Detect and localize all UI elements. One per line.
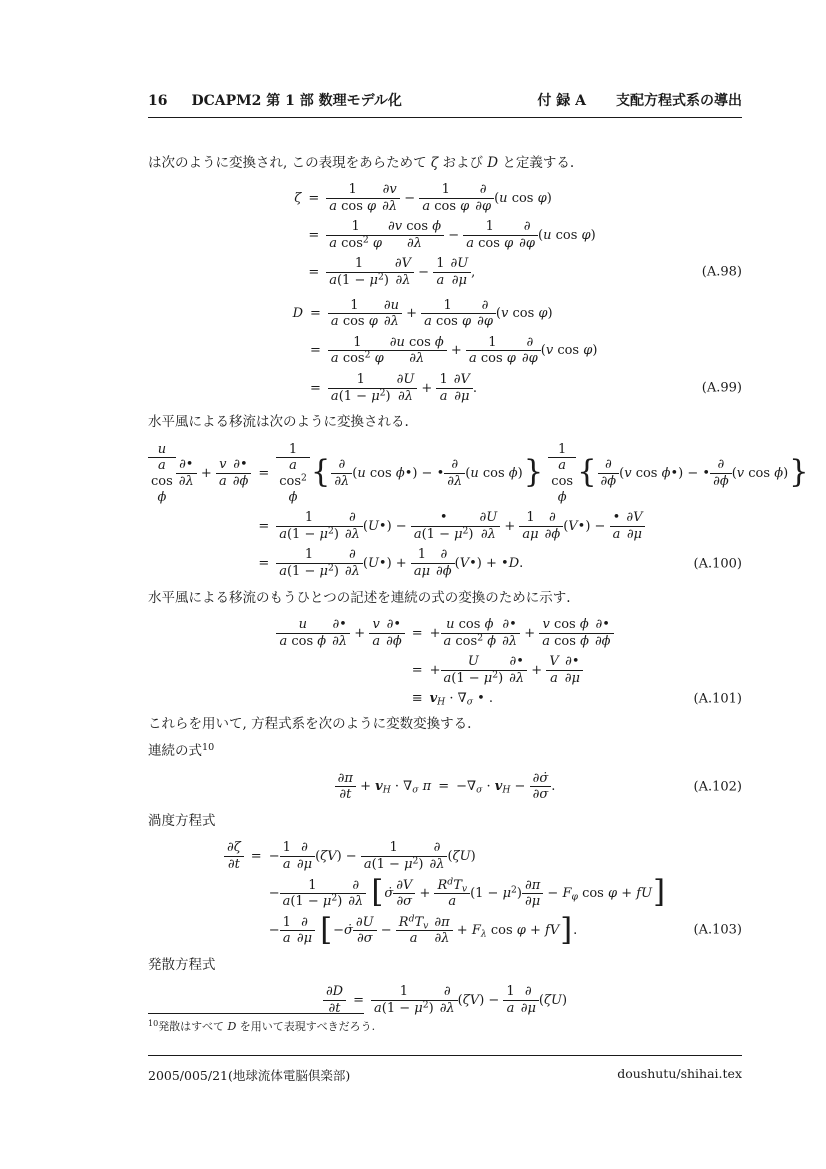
fraction: ua cos ϕ xyxy=(148,442,176,505)
big-delimiter: { xyxy=(310,458,331,489)
fraction: ∂∂φ xyxy=(519,335,541,367)
fraction: v cos ϕa cos ϕ xyxy=(539,617,592,649)
fraction: 1a cos2 ϕ xyxy=(276,442,310,505)
equation-relation: = xyxy=(405,663,430,678)
fraction: 1a cos φ xyxy=(466,335,519,367)
fraction: ∂∂λ xyxy=(331,457,352,489)
fraction: 1a cos2 φ xyxy=(328,335,387,367)
big-delimiter: } xyxy=(523,458,544,489)
fraction: ∂∂λ xyxy=(342,547,363,579)
fraction: Va xyxy=(546,654,561,686)
fraction: ∂u∂λ xyxy=(381,298,402,330)
fraction: ∂D∂t xyxy=(323,984,346,1016)
math-row: 1a cos φ∂u∂λ + 1a cos φ∂∂φ(v cos φ) xyxy=(328,298,553,330)
math-row: −1a∂∂μ(ζV) − 1a(1 − μ2)∂∂λ(ζU) xyxy=(269,840,476,872)
fraction: ∂u cos ϕ∂λ xyxy=(387,335,447,367)
equation-relation: = xyxy=(301,191,326,206)
math-row: 1a cos φ∂v∂λ − 1a cos φ∂∂φ(u cos φ) xyxy=(326,182,552,214)
fraction: 1a(1 − μ2) xyxy=(280,878,346,910)
vorticity-label: 渦度方程式 xyxy=(148,812,742,832)
equation-A.101: ua cos ϕ∂•∂λ + va∂•∂ϕ=+u cos ϕa cos2 ϕ∂•… xyxy=(148,617,742,706)
equation-rhs: 1a(1 − μ2)∂U∂λ + 1a∂V∂μ. xyxy=(328,372,477,404)
fraction: ∂v cos ϕ∂λ xyxy=(385,219,444,251)
fraction: ∂∂μ xyxy=(294,840,315,872)
fraction: ∂∂λ xyxy=(437,984,458,1016)
equation-rhs: −1a(1 − μ2)∂∂λ [σ̇∂V∂σ + RdTva(1 − μ2)∂π… xyxy=(269,878,666,910)
fraction: 1a cos φ xyxy=(463,219,516,251)
math-row: 1a(1 − μ2)∂V∂λ − 1a∂U∂μ, xyxy=(326,256,475,288)
fraction: 1a cos φ xyxy=(421,298,474,330)
equation-rhs: −1a∂∂μ(ζV) − 1a(1 − μ2)∂∂λ(ζU) xyxy=(269,840,476,872)
equation-rhs: 1a(1 − μ2)∂∂λ(U•) + 1aμ∂∂ϕ(V•) + •D. xyxy=(276,547,523,579)
math-row: vH · ∇σ • . xyxy=(430,691,493,706)
fraction: ∂U∂μ xyxy=(447,256,471,288)
equation-relation: = xyxy=(244,849,269,864)
document-page: 16DCAPM2 第 1 部 数理モデル化 付 録 A支配方程式系の導出 は次の… xyxy=(0,0,826,1169)
fraction: ∂v∂λ xyxy=(379,182,400,214)
fraction: ∂•∂ϕ xyxy=(230,457,252,489)
divergence-label: 発散方程式 xyxy=(148,956,742,976)
equation-tag: (A.101) xyxy=(694,691,742,706)
equation-relation: ≡ xyxy=(405,691,430,706)
fraction: ∂V∂σ xyxy=(393,878,415,910)
equation-A.103: ∂ζ∂t=−1a∂∂μ(ζV) − 1a(1 − μ2)∂∂λ(ζU)−1a(1… xyxy=(148,840,742,947)
fraction: ∂U∂σ xyxy=(353,915,377,947)
fraction: ∂π∂t xyxy=(335,771,356,803)
fraction: 1a cos2 φ xyxy=(326,219,385,251)
math-row: ∂ζ∂t xyxy=(224,840,244,872)
equation-lhs: ζ xyxy=(294,191,301,206)
equation-relation: = xyxy=(301,265,326,280)
equation-divergence-equation-continued: ∂D∂t=1a(1 − μ2)∂∂λ(ζV) − 1a∂∂μ(ζU) xyxy=(148,984,742,1016)
equation-rhs: 1a(1 − μ2)∂V∂λ − 1a∂U∂μ, xyxy=(326,256,475,288)
fraction: RdTva xyxy=(396,915,432,947)
big-delimiter: { xyxy=(576,458,597,489)
fraction: •a(1 − μ2) xyxy=(411,510,477,542)
equation-lhs: D xyxy=(293,306,303,321)
equation-relation: = xyxy=(251,466,276,481)
fraction: ua cos ϕ xyxy=(276,617,329,649)
fraction: ∂•∂λ xyxy=(329,617,350,649)
fraction: ∂∂λ xyxy=(345,878,366,910)
footnote-text: 発散はすべて D を用いて表現すべきだろう. xyxy=(158,1020,375,1033)
big-delimiter: [ xyxy=(319,916,333,947)
equation-tag: (A.103) xyxy=(694,923,742,938)
equation-A.99: D=1a cos φ∂u∂λ + 1a cos φ∂∂φ(v cos φ)=1a… xyxy=(148,298,742,405)
fraction: 1a cos φ xyxy=(419,182,472,214)
equation-relation: = xyxy=(431,779,456,794)
big-delimiter: ] xyxy=(559,916,573,947)
fraction: ∂•∂ϕ xyxy=(592,617,614,649)
fraction: ∂ζ∂t xyxy=(224,840,244,872)
math-row: 1a(1 − μ2)∂∂λ(U•) − •a(1 − μ2)∂U∂λ + 1aμ… xyxy=(276,510,645,542)
equation-lhs: ∂π∂t + vH · ∇σ π xyxy=(335,771,432,803)
equation-relation: = xyxy=(303,343,328,358)
fraction: ∂∂φ xyxy=(472,182,494,214)
document-body: は次のように変換され, この表現をあらためて ζ および D と定義する.ζ=1… xyxy=(148,154,742,1017)
equation-relation: = xyxy=(251,519,276,534)
fraction: va xyxy=(216,457,230,489)
math-row: D xyxy=(293,306,303,321)
math-row: 1a(1 − μ2)∂∂λ(ζV) − 1a∂∂μ(ζU) xyxy=(371,984,567,1016)
equation-relation: = xyxy=(346,993,371,1008)
header-right-title: 支配方程式系の導出 xyxy=(616,93,742,109)
fraction: 1a xyxy=(436,372,450,404)
fraction: 1a cos φ xyxy=(328,298,381,330)
fraction: 1a(1 − μ2) xyxy=(276,510,342,542)
fraction: u cos ϕa cos2 ϕ xyxy=(441,617,500,649)
math-row: ua cos ϕ∂•∂λ + va∂•∂ϕ xyxy=(148,442,251,505)
fraction: ∂π∂μ xyxy=(522,878,543,910)
math-row: 1a(1 − μ2)∂U∂λ + 1a∂V∂μ. xyxy=(328,372,477,404)
math-row: −1a∂∂μ [−σ̇∂U∂σ − RdTva∂π∂λ + Fλ cos φ +… xyxy=(269,915,578,947)
math-row: −∇σ · vH − ∂σ̇∂σ. xyxy=(456,771,555,803)
fraction: 1a(1 − μ2) xyxy=(371,984,437,1016)
fraction: ∂U∂λ xyxy=(394,372,418,404)
fraction: 1a(1 − μ2) xyxy=(328,372,394,404)
footnote-rule xyxy=(148,1013,364,1014)
fraction: ∂V∂λ xyxy=(392,256,414,288)
math-row: ua cos ϕ∂•∂λ + va∂•∂ϕ xyxy=(276,617,404,649)
fraction: 1a xyxy=(280,840,294,872)
advection-alt-paragraph: 水平風による移流のもうひとつの記述を連続の式の変換のために示す. xyxy=(148,589,742,609)
equation-rhs: 1a cos φ∂v∂λ − 1a cos φ∂∂φ(u cos φ) xyxy=(326,182,552,214)
equation-rhs: −1a∂∂μ [−σ̇∂U∂σ − RdTva∂π∂λ + Fλ cos φ +… xyxy=(269,915,578,947)
intro-paragraph: は次のように変換され, この表現をあらためて ζ および D と定義する. xyxy=(148,154,742,174)
footer-left: 2005/005/21(地球流体電脳倶楽部) xyxy=(148,1066,350,1084)
fraction: ∂•∂λ xyxy=(499,617,520,649)
fraction: Ua(1 − μ2) xyxy=(441,654,507,686)
equation-A.98: ζ=1a cos φ∂v∂λ − 1a cos φ∂∂φ(u cos φ)=1a… xyxy=(148,182,742,289)
fraction: •a xyxy=(610,510,624,542)
equation-A.100: ua cos ϕ∂•∂λ + va∂•∂ϕ=1a cos2 ϕ{∂∂λ(u co… xyxy=(148,442,742,580)
header-left: 16DCAPM2 第 1 部 数理モデル化 xyxy=(148,93,402,111)
page-number: 16 xyxy=(148,93,167,109)
big-delimiter: [ xyxy=(370,878,384,909)
fraction: ∂∂λ xyxy=(342,510,363,542)
fraction: 1a xyxy=(503,984,517,1016)
math-row: ∂π∂t + vH · ∇σ π xyxy=(335,771,432,803)
fraction: RdTva xyxy=(434,878,470,910)
equation-tag: (A.99) xyxy=(702,380,742,395)
page-footer: 2005/005/21(地球流体電脳倶楽部) doushutu/shihai.t… xyxy=(148,1055,742,1084)
equation-relation: = xyxy=(301,228,326,243)
fraction: ∂∂μ xyxy=(518,984,539,1016)
fraction: 1a xyxy=(280,915,294,947)
equation-rhs: 1a(1 − μ2)∂∂λ(U•) − •a(1 − μ2)∂U∂λ + 1aμ… xyxy=(276,510,645,542)
fraction: ∂V∂μ xyxy=(451,372,473,404)
math-row: 1a(1 − μ2)∂∂λ(U•) + 1aμ∂∂ϕ(V•) + •D. xyxy=(276,547,523,579)
math-row: 1a cos2 φ∂v cos ϕ∂λ − 1a cos φ∂∂φ(u cos … xyxy=(326,219,596,251)
fraction: ∂∂ϕ xyxy=(710,457,732,489)
fraction: ∂∂λ xyxy=(444,457,465,489)
fraction: ∂∂ϕ xyxy=(542,510,564,542)
fraction: 1a cos ϕ xyxy=(548,442,576,505)
fraction: va xyxy=(369,617,383,649)
equation-relation: = xyxy=(303,381,328,396)
advection-paragraph: 水平風による移流は次のように変換される. xyxy=(148,413,742,433)
equation-A.102: ∂π∂t + vH · ∇σ π=−∇σ · vH − ∂σ̇∂σ.(A.102… xyxy=(148,771,742,803)
footer-right: doushutu/shihai.tex xyxy=(617,1066,742,1084)
fraction: ∂V∂μ xyxy=(623,510,645,542)
equation-rhs: 1a cos2 ϕ{∂∂λ(u cos ϕ•) − •∂∂λ(u cos ϕ)}… xyxy=(276,442,809,505)
equation-rhs: vH · ∇σ • . xyxy=(430,691,493,706)
footnote: 10発散はすべて D を用いて表現すべきだろう. xyxy=(148,1013,608,1036)
math-row: +u cos ϕa cos2 ϕ∂•∂λ + v cos ϕa cos ϕ∂•∂… xyxy=(430,617,614,649)
math-row: +Ua(1 − μ2)∂•∂λ + Va∂•∂μ xyxy=(430,654,583,686)
equation-rhs: −∇σ · vH − ∂σ̇∂σ. xyxy=(456,771,555,803)
fraction: ∂•∂λ xyxy=(176,457,197,489)
page-header: 16DCAPM2 第 1 部 数理モデル化 付 録 A支配方程式系の導出 xyxy=(148,93,742,118)
equation-rhs: 1a cos2 φ∂u cos ϕ∂λ + 1a cos φ∂∂φ(v cos … xyxy=(328,335,598,367)
equation-relation: = xyxy=(405,626,430,641)
fraction: ∂∂λ xyxy=(426,840,447,872)
fraction: ∂•∂ϕ xyxy=(383,617,405,649)
fraction: ∂∂ϕ xyxy=(433,547,455,579)
big-delimiter: ] xyxy=(652,878,666,909)
header-right: 付 録 A支配方程式系の導出 xyxy=(537,93,742,111)
equation-rhs: +Ua(1 − μ2)∂•∂λ + Va∂•∂μ xyxy=(430,654,583,686)
appendix-label: 付 録 A xyxy=(537,93,586,109)
equation-tag: (A.100) xyxy=(694,556,742,571)
equation-rhs: 1a cos φ∂u∂λ + 1a cos φ∂∂φ(v cos φ) xyxy=(328,298,553,330)
transform-paragraph: これらを用いて, 方程式系を次のように変数変換する. xyxy=(148,715,742,735)
math-row: ∂D∂t xyxy=(323,984,346,1016)
math-row: −1a(1 − μ2)∂∂λ [σ̇∂V∂σ + RdTva(1 − μ2)∂π… xyxy=(269,878,666,910)
equation-rhs: +u cos ϕa cos2 ϕ∂•∂λ + v cos ϕa cos ϕ∂•∂… xyxy=(430,617,614,649)
fraction: 1a(1 − μ2) xyxy=(326,256,392,288)
fraction: ∂σ̇∂σ xyxy=(530,771,552,803)
header-left-title: DCAPM2 第 1 部 数理モデル化 xyxy=(191,93,401,109)
fraction: ∂π∂λ xyxy=(431,915,452,947)
fraction: 1a(1 − μ2) xyxy=(276,547,342,579)
fraction: 1a(1 − μ2) xyxy=(361,840,427,872)
fraction: 1aμ xyxy=(411,547,433,579)
equation-lhs: ∂ζ∂t xyxy=(224,840,244,872)
equation-relation: = xyxy=(303,306,328,321)
fraction: 1aμ xyxy=(519,510,541,542)
equation-lhs: ∂D∂t xyxy=(323,984,346,1016)
big-delimiter: } xyxy=(788,458,809,489)
equation-rhs: 1a cos2 φ∂v cos ϕ∂λ − 1a cos φ∂∂φ(u cos … xyxy=(326,219,596,251)
equation-rhs: 1a(1 − μ2)∂∂λ(ζV) − 1a∂∂μ(ζU) xyxy=(371,984,567,1016)
equation-lhs: ua cos ϕ∂•∂λ + va∂•∂ϕ xyxy=(276,617,404,649)
math-row: 1a cos2 φ∂u cos ϕ∂λ + 1a cos φ∂∂φ(v cos … xyxy=(328,335,598,367)
fraction: ∂•∂λ xyxy=(506,654,527,686)
continuity-label: 連続の式10 xyxy=(148,742,742,762)
fraction: ∂•∂μ xyxy=(562,654,583,686)
footnote-marker: 10 xyxy=(148,1019,158,1028)
equation-tag: (A.102) xyxy=(694,779,742,794)
fraction: ∂∂μ xyxy=(294,915,315,947)
fraction: 1a xyxy=(433,256,447,288)
equation-lhs: ua cos ϕ∂•∂λ + va∂•∂ϕ xyxy=(148,442,251,505)
fraction: ∂U∂λ xyxy=(477,510,501,542)
fraction: ∂∂φ xyxy=(474,298,496,330)
math-row: ζ xyxy=(294,191,301,206)
equation-tag: (A.98) xyxy=(702,265,742,280)
fraction: ∂∂φ xyxy=(516,219,538,251)
equation-relation: = xyxy=(251,556,276,571)
math-row: 1a cos2 ϕ{∂∂λ(u cos ϕ•) − •∂∂λ(u cos ϕ)}… xyxy=(276,442,809,505)
fraction: ∂∂ϕ xyxy=(598,457,620,489)
fraction: 1a cos φ xyxy=(326,182,379,214)
